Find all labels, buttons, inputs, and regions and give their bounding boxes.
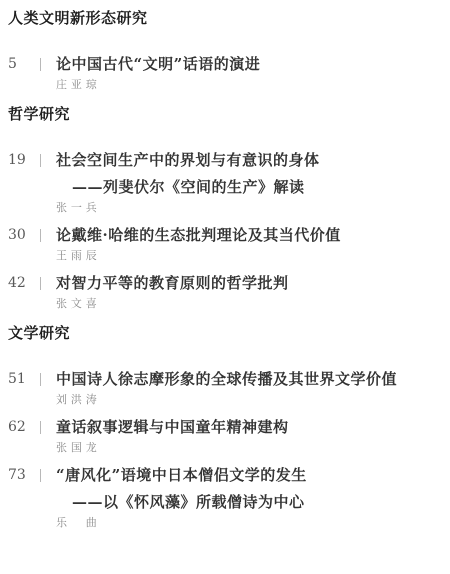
toc-section: 哲学研究 19 社会空间生产中的界划与有意识的身体 ——列斐伏尔《空间的生产》解… (8, 106, 438, 311)
article-title: 论戴维·哈维的生态批判理论及其当代价值 (56, 225, 438, 245)
title-row: 19 社会空间生产中的界划与有意识的身体 (8, 150, 438, 170)
toc-item: 51 中国诗人徐志摩形象的全球传播及其世界文学价值 刘洪涛 (8, 369, 438, 407)
subtitle-row: ——列斐伏尔《空间的生产》解读 (8, 177, 438, 197)
divider-bar (40, 154, 41, 167)
author-name: 乐 曲 (56, 515, 438, 530)
page-number: 42 (8, 273, 39, 293)
article-title: 中国诗人徐志摩形象的全球传播及其世界文学价值 (56, 369, 438, 389)
article-title: 童话叙事逻辑与中国童年精神建构 (56, 417, 438, 437)
toc-item: 73 “唐风化”语境中日本僧侣文学的发生 ——以《怀风藻》所载僧诗为中心 乐 曲 (8, 465, 438, 530)
page-number: 51 (8, 369, 39, 389)
toc-item: 62 童话叙事逻辑与中国童年精神建构 张国龙 (8, 417, 438, 455)
divider-bar (40, 229, 41, 242)
author-name: 王雨辰 (56, 248, 438, 263)
author-name: 张国龙 (56, 440, 438, 455)
subtitle-row: ——以《怀风藻》所载僧诗为中心 (8, 492, 438, 512)
article-title: “唐风化”语境中日本僧侣文学的发生 (56, 465, 438, 485)
divider-bar (40, 277, 41, 290)
title-row: 30 论戴维·哈维的生态批判理论及其当代价值 (8, 225, 438, 245)
page-number: 62 (8, 417, 39, 437)
section-header: 哲学研究 (8, 106, 438, 123)
toc-item: 42 对智力平等的教育原则的哲学批判 张文喜 (8, 273, 438, 311)
section-header: 文学研究 (8, 325, 438, 342)
author-name: 刘洪涛 (56, 392, 438, 407)
author-row: 张一兵 (8, 200, 438, 215)
toc-item: 5 论中国古代“文明”话语的演进 庄亚琼 (8, 54, 438, 92)
toc-item: 30 论戴维·哈维的生态批判理论及其当代价值 王雨辰 (8, 225, 438, 263)
page-number: 5 (8, 54, 39, 74)
title-row: 62 童话叙事逻辑与中国童年精神建构 (8, 417, 438, 437)
author-row: 刘洪涛 (8, 392, 438, 407)
title-row: 5 论中国古代“文明”话语的演进 (8, 54, 438, 74)
divider-bar (40, 58, 41, 71)
article-subtitle: ——以《怀风藻》所载僧诗为中心 (56, 492, 438, 512)
page-number: 19 (8, 150, 39, 170)
page-number: 30 (8, 225, 39, 245)
title-row: 42 对智力平等的教育原则的哲学批判 (8, 273, 438, 293)
toc-section: 文学研究 51 中国诗人徐志摩形象的全球传播及其世界文学价值 刘洪涛 62 童话… (8, 325, 438, 530)
author-name: 庄亚琼 (56, 77, 438, 92)
table-of-contents: 人类文明新形态研究 5 论中国古代“文明”话语的演进 庄亚琼 哲学研究 19 社… (0, 0, 450, 530)
article-title: 社会空间生产中的界划与有意识的身体 (56, 150, 438, 170)
divider-bar (40, 421, 41, 434)
author-row: 庄亚琼 (8, 77, 438, 92)
author-name: 张一兵 (56, 200, 438, 215)
author-name: 张文喜 (56, 296, 438, 311)
author-row: 张国龙 (8, 440, 438, 455)
author-row: 乐 曲 (8, 515, 438, 530)
title-row: 73 “唐风化”语境中日本僧侣文学的发生 (8, 465, 438, 485)
divider-bar (40, 373, 41, 386)
title-row: 51 中国诗人徐志摩形象的全球传播及其世界文学价值 (8, 369, 438, 389)
toc-item: 19 社会空间生产中的界划与有意识的身体 ——列斐伏尔《空间的生产》解读 张一兵 (8, 150, 438, 215)
author-row: 张文喜 (8, 296, 438, 311)
divider-bar (40, 469, 41, 482)
article-title: 论中国古代“文明”话语的演进 (56, 54, 438, 74)
section-header: 人类文明新形态研究 (8, 10, 438, 27)
author-row: 王雨辰 (8, 248, 438, 263)
toc-section: 人类文明新形态研究 5 论中国古代“文明”话语的演进 庄亚琼 (8, 10, 438, 92)
page-number: 73 (8, 465, 39, 485)
article-subtitle: ——列斐伏尔《空间的生产》解读 (56, 177, 438, 197)
article-title: 对智力平等的教育原则的哲学批判 (56, 273, 438, 293)
